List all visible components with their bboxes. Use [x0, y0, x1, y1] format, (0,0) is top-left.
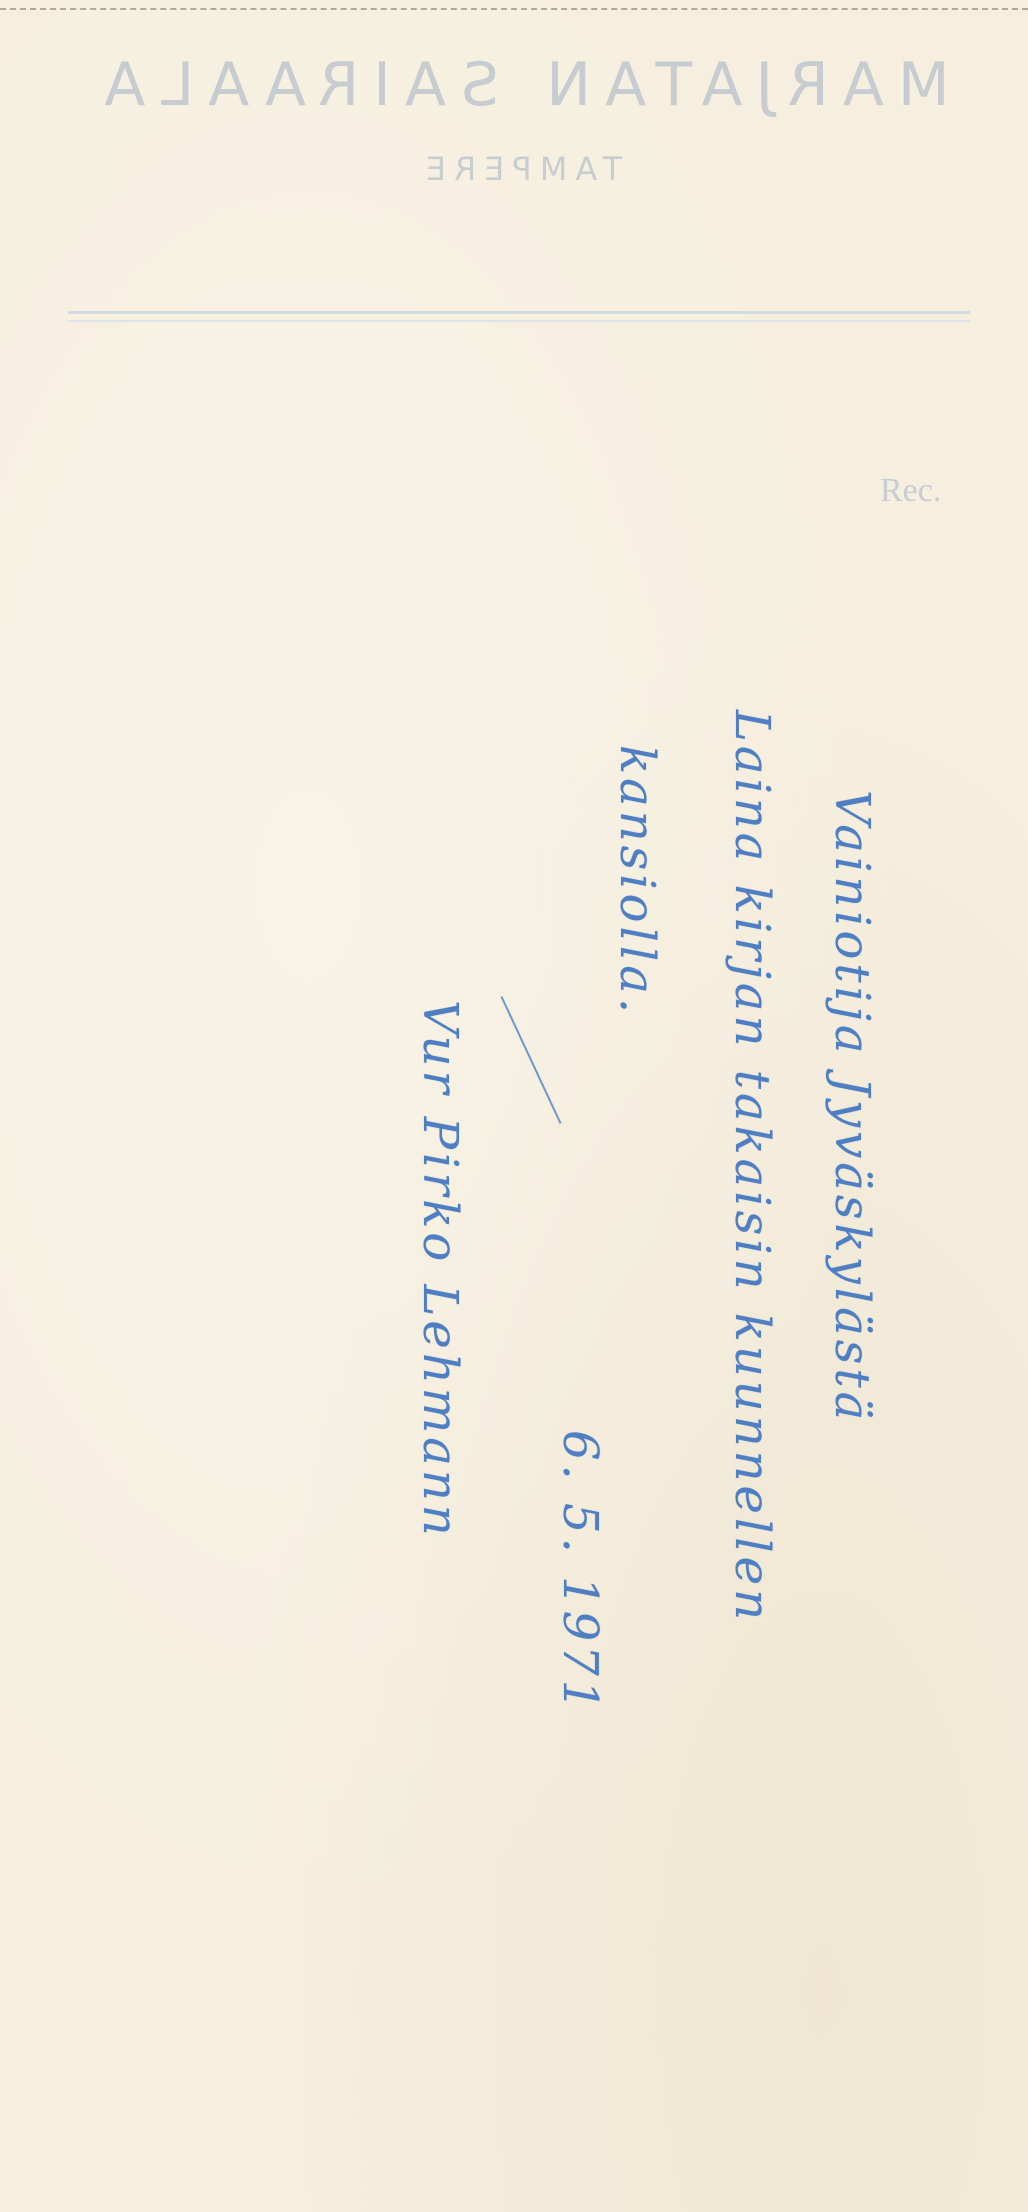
hospital-name: MARJATAN SAIRAALA: [60, 50, 980, 120]
letterhead: MARJATAN SAIRAALA TAMPERE: [0, 0, 1028, 340]
hospital-city: TAMPERE: [380, 150, 660, 188]
handwritten-line-1: Vainiotija Jyväskylästä: [824, 790, 880, 1424]
rec-label: Rec.: [880, 472, 941, 510]
handwritten-line-3: kansiolla.: [609, 745, 665, 1017]
signature-stroke: [501, 996, 562, 1124]
handwritten-line-2: Laina kirjan takaisin kuunnellen: [724, 710, 780, 1624]
handwritten-date: 6. 5. 1971: [552, 1430, 608, 1714]
letterhead-rule-thin: [68, 320, 970, 322]
letterhead-rule: [68, 311, 970, 314]
handwritten-signature: Vur Pirko Lehmann: [412, 1000, 468, 1540]
